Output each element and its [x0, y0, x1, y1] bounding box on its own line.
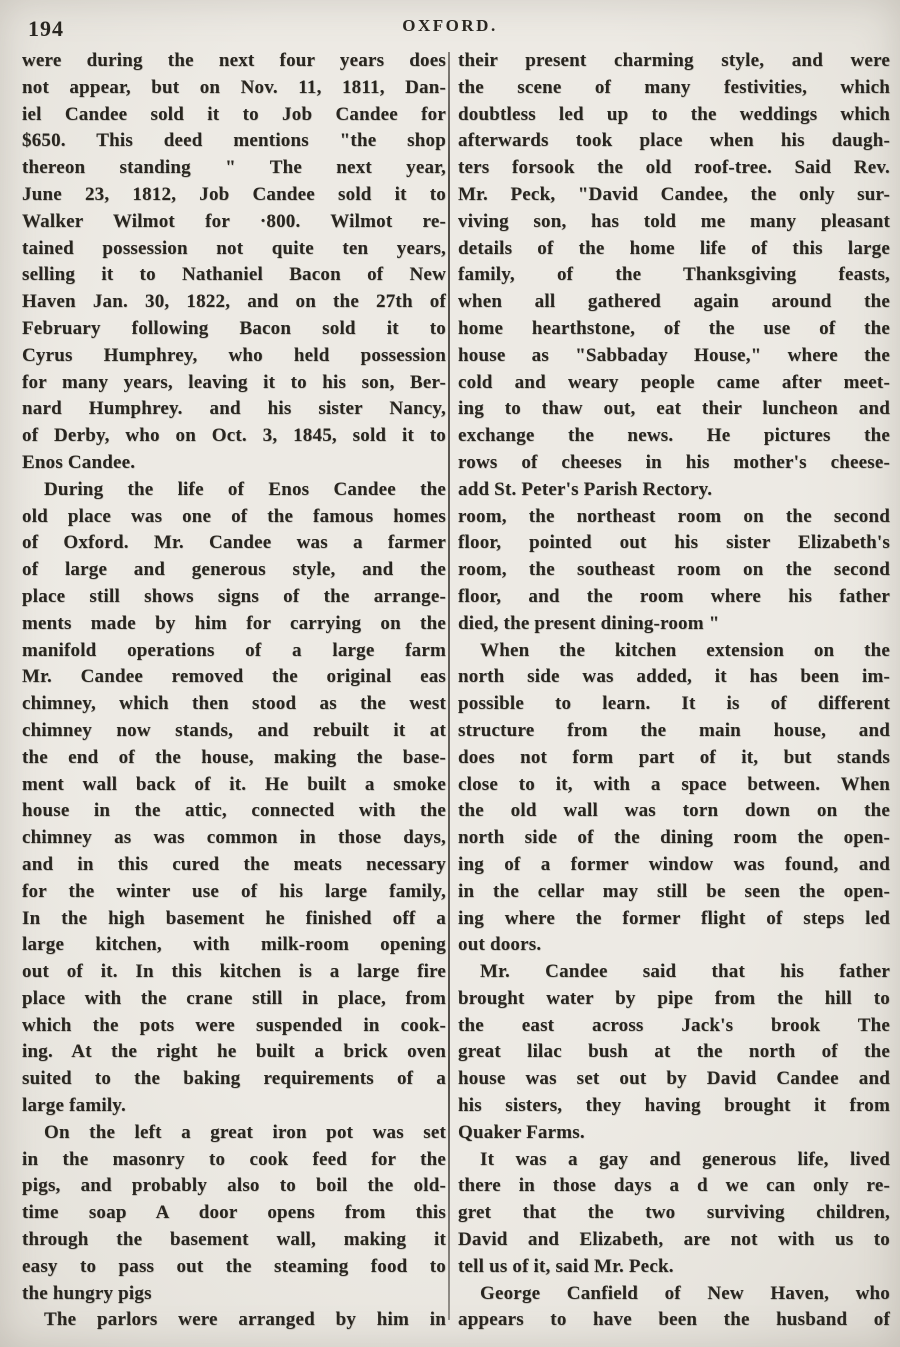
paragraph: On the left a great iron pot was setin t…	[22, 1120, 446, 1308]
text-line: thereon standing " The next year,	[22, 155, 446, 182]
paragraph: were during the next four years doesnot …	[22, 48, 446, 477]
text-line: large family.	[22, 1093, 446, 1120]
text-line: structure from the main house, and	[458, 718, 890, 745]
text-line: During the life of Enos Candee the	[22, 477, 446, 504]
text-line: add St. Peter's Parish Rectory.	[458, 477, 890, 504]
text-line: not appear, but on Nov. 11, 1811, Dan-	[22, 75, 446, 102]
text-line: ing to thaw out, eat their luncheon and	[458, 396, 890, 423]
text-line: tained possession not quite ten years,	[22, 236, 446, 263]
text-line: ters forsook the old roof-tree. Said Rev…	[458, 155, 890, 182]
text-line: details of the home life of this large	[458, 236, 890, 263]
paragraph: The parlors were arranged by him in	[22, 1307, 446, 1334]
text-line: Mr. Candee removed the original eas	[22, 664, 446, 691]
text-line: old place was one of the famous homes	[22, 504, 446, 531]
running-head-title: OXFORD.	[0, 16, 900, 36]
text-line: selling it to Nathaniel Bacon of New	[22, 262, 446, 289]
text-line: the scene of many festivities, which	[458, 75, 890, 102]
text-line: through the basement wall, making it	[22, 1227, 446, 1254]
text-line: place with the crane still in place, fro…	[22, 986, 446, 1013]
text-line: Quaker Farms.	[458, 1120, 890, 1147]
text-line: house was set out by David Candee and	[458, 1066, 890, 1093]
text-line: place still shows signs of the arrange-	[22, 584, 446, 611]
text-line: pigs, and probably also to boil the old-	[22, 1173, 446, 1200]
text-line: north side was added, it has been im-	[458, 664, 890, 691]
text-line: doubtless led up to the weddings which	[458, 102, 890, 129]
text-line: viving son, has told me many pleasant	[458, 209, 890, 236]
text-line: of Derby, who on Oct. 3, 1845, sold it t…	[22, 423, 446, 450]
text-line: his sisters, they having brought it from	[458, 1093, 890, 1120]
text-line: Cyrus Humphrey, who held possession	[22, 343, 446, 370]
text-line: chimney now stands, and rebuilt it at	[22, 718, 446, 745]
text-line: the end of the house, making the base-	[22, 745, 446, 772]
text-line: Mr. Peck, "David Candee, the only sur-	[458, 182, 890, 209]
text-line: When the kitchen extension on the	[458, 638, 890, 665]
text-line: nard Humphrey. and his sister Nancy,	[22, 396, 446, 423]
text-line: afterwards took place when his daugh-	[458, 128, 890, 155]
text-line: $650. This deed mentions "the shop	[22, 128, 446, 155]
text-line: rows of cheeses in his mother's cheese-	[458, 450, 890, 477]
text-line: Haven Jan. 30, 1822, and on the 27th of	[22, 289, 446, 316]
text-line: iel Candee sold it to Job Candee for	[22, 102, 446, 129]
text-line: of Oxford. Mr. Candee was a farmer	[22, 530, 446, 557]
text-line: close to it, with a space between. When	[458, 772, 890, 799]
text-line: February following Bacon sold it to	[22, 316, 446, 343]
text-line: David and Elizabeth, are not with us to	[458, 1227, 890, 1254]
text-line: It was a gay and generous life, lived	[458, 1147, 890, 1174]
text-line: time soap A door opens from this	[22, 1200, 446, 1227]
text-line: in the masonry to cook feed for the	[22, 1147, 446, 1174]
paragraph: During the life of Enos Candee theold pl…	[22, 477, 446, 1120]
text-line: family, of the Thanksgiving feasts,	[458, 262, 890, 289]
text-line: which the pots were suspended in cook-	[22, 1013, 446, 1040]
scanned-book-page: 194 OXFORD. were during the next four ye…	[0, 0, 900, 1347]
text-line: cold and weary people came after meet-	[458, 370, 890, 397]
text-line: easy to pass out the steaming food to	[22, 1254, 446, 1281]
text-line: The parlors were arranged by him in	[22, 1307, 446, 1334]
text-line: were during the next four years does	[22, 48, 446, 75]
text-line: the east across Jack's brook The	[458, 1013, 890, 1040]
text-line: ing where the former flight of steps led	[458, 906, 890, 933]
paragraph: add St. Peter's Parish Rectory.	[458, 477, 890, 504]
paragraph: When the kitchen extension on thenorth s…	[458, 638, 890, 960]
text-line: ment wall back of it. He built a smoke	[22, 772, 446, 799]
text-line: does not form part of it, but stands	[458, 745, 890, 772]
column-divider	[448, 52, 450, 1320]
paragraph: George Canfield of New Haven, whoappears…	[458, 1281, 890, 1335]
text-line: room, the northeast room on the second	[458, 504, 890, 531]
text-line: in the cellar may still be seen the open…	[458, 879, 890, 906]
text-line: chimney, which then stood as the west	[22, 691, 446, 718]
text-line: house as "Sabbaday House," where the	[458, 343, 890, 370]
text-line: June 23, 1812, Job Candee sold it to	[22, 182, 446, 209]
text-line: appears to have been the husband of	[458, 1307, 890, 1334]
text-line: ments made by him for carrying on the	[22, 611, 446, 638]
text-line: exchange the news. He pictures the	[458, 423, 890, 450]
right-column: their present charming style, and wereth…	[458, 48, 890, 1334]
text-line: the hungry pigs	[22, 1281, 446, 1308]
text-line: their present charming style, and were	[458, 48, 890, 75]
text-line: house in the attic, connected with the	[22, 798, 446, 825]
text-line: In the high basement he finished off a	[22, 906, 446, 933]
text-line: floor, and the room where his father	[458, 584, 890, 611]
text-line: Enos Candee.	[22, 450, 446, 477]
paragraph: room, the northeast room on the secondfl…	[458, 504, 890, 638]
text-line: out of it. In this kitchen is a large fi…	[22, 959, 446, 986]
text-line: brought water by pipe from the hill to	[458, 986, 890, 1013]
text-line: ing of a former window was found, and	[458, 852, 890, 879]
text-line: home hearthstone, of the use of the	[458, 316, 890, 343]
paragraph: their present charming style, and wereth…	[458, 48, 890, 477]
text-line: possible to learn. It is of different	[458, 691, 890, 718]
text-line: suited to the baking requirements of a	[22, 1066, 446, 1093]
text-line: and in this cured the meats necessary	[22, 852, 446, 879]
text-line: great lilac bush at the north of the	[458, 1039, 890, 1066]
text-line: chimney as was common in those days,	[22, 825, 446, 852]
text-line: of large and generous style, and the	[22, 557, 446, 584]
text-line: manifold operations of a large farm	[22, 638, 446, 665]
text-line: ing. At the right he built a brick oven	[22, 1039, 446, 1066]
text-line: when all gathered again around the	[458, 289, 890, 316]
text-line: floor, pointed out his sister Elizabeth'…	[458, 530, 890, 557]
text-line: there in those days a d we can only re-	[458, 1173, 890, 1200]
text-line: the old wall was torn down on the	[458, 798, 890, 825]
page-header: 194 OXFORD.	[0, 14, 900, 48]
text-line: gret that the two surviving children,	[458, 1200, 890, 1227]
left-column: were during the next four years doesnot …	[22, 48, 446, 1334]
text-line: north side of the dining room the open-	[458, 825, 890, 852]
text-line: large kitchen, with milk-room opening	[22, 932, 446, 959]
text-line: for many years, leaving it to his son, B…	[22, 370, 446, 397]
text-line: died, the present dining-room "	[458, 611, 890, 638]
text-line: out doors.	[458, 932, 890, 959]
text-line: room, the southeast room on the second	[458, 557, 890, 584]
text-line: Walker Wilmot for ·800. Wilmot re-	[22, 209, 446, 236]
text-line: On the left a great iron pot was set	[22, 1120, 446, 1147]
text-line: George Canfield of New Haven, who	[458, 1281, 890, 1308]
paragraph: It was a gay and generous life, livedthe…	[458, 1147, 890, 1281]
paragraph: Mr. Candee said that his fatherbrought w…	[458, 959, 890, 1147]
text-line: for the winter use of his large family,	[22, 879, 446, 906]
text-line: Mr. Candee said that his father	[458, 959, 890, 986]
text-line: tell us of it, said Mr. Peck.	[458, 1254, 890, 1281]
